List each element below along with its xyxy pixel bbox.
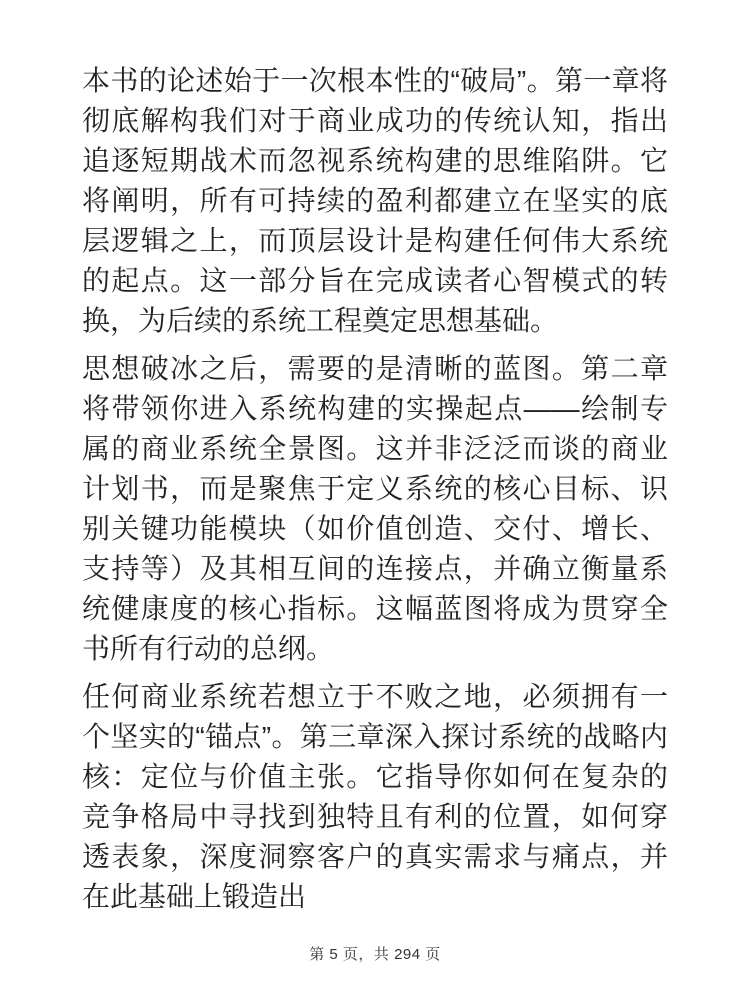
document-viewer: { "content": { "paragraphs": [ "本书的论述始于一… [0, 0, 750, 1000]
paragraph-chapter2-overview: 思想破冰之后，需要的是清晰的蓝图。第二章将带领你进入系统构建的实操起点——绘制专… [82, 349, 668, 669]
page-number-indicator: 第 5 页，共 294 页 [0, 945, 750, 965]
paragraph-chapter3-overview: 任何商业系统若想立于不败之地，必须拥有一个坚实的“锚点”。第三章深入探讨系统的战… [82, 677, 668, 917]
paragraph-chapter1-overview: 本书的论述始于一次根本性的“破局”。第一章将彻底解构我们对于商业成功的传统认知，… [82, 61, 668, 341]
page-body-text: 本书的论述始于一次根本性的“破局”。第一章将彻底解构我们对于商业成功的传统认知，… [82, 61, 668, 917]
document-page: 本书的论述始于一次根本性的“破局”。第一章将彻底解构我们对于商业成功的传统认知，… [0, 0, 750, 1000]
